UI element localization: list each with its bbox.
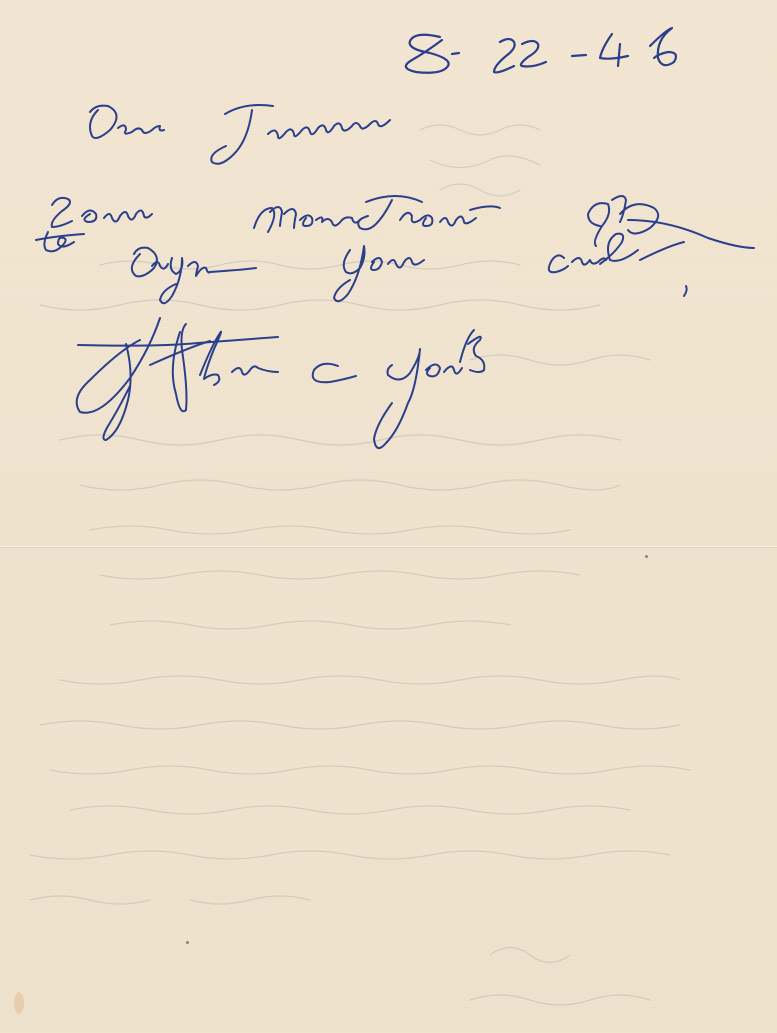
handwriting-ink: [0, 0, 777, 1033]
body-line-1-handwriting: [52, 196, 754, 248]
date-handwriting: [406, 28, 676, 73]
body-line-2-handwriting: [36, 232, 687, 303]
letter-page: 8-22-46 Dear Jimmie I am more than glad …: [0, 0, 777, 1033]
salutation-handwriting: [90, 105, 390, 164]
signature-handwriting: [77, 318, 485, 448]
